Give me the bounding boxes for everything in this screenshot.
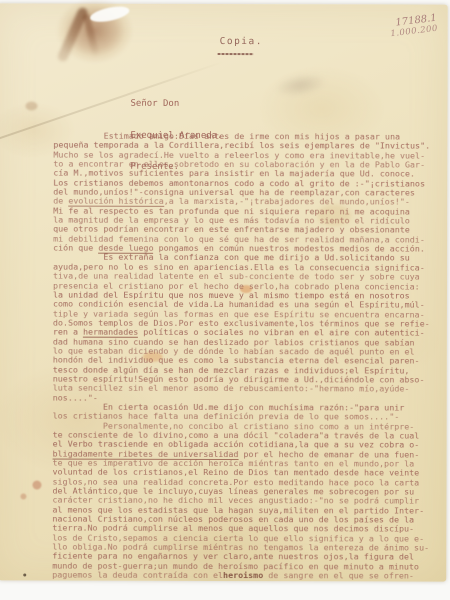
copy-label-underline — [218, 53, 254, 55]
letter-paper: 17188.1 1.000.200 Copia. Señor Don Exequ… — [0, 3, 448, 581]
letter-body: Estimado amigo:Días antes de irme con mi… — [52, 132, 435, 581]
rust-stain — [56, 0, 134, 64]
stain-spot — [20, 493, 26, 499]
scanned-letter-page: 17188.1 1.000.200 Copia. Señor Don Exequ… — [0, 0, 450, 600]
text-segment: paguemos la deuda contraída con el — [52, 570, 223, 580]
stain-spot — [32, 481, 41, 490]
torn-paper-chip — [89, 4, 131, 25]
text-segment: de sangre en el que se ofren- — [263, 570, 414, 580]
stain-spot — [25, 101, 37, 110]
text-segment: luta sencillez sin el menor asomo de reb… — [53, 383, 410, 394]
rust-stain-streak — [83, 13, 100, 57]
letter-line: paguemos la deuda contraída con elherois… — [52, 571, 434, 581]
ink-dot — [23, 573, 26, 576]
recipient-line: Señor Don — [130, 99, 222, 110]
handwritten-annotation: 17188.1 1.000.200 — [389, 14, 439, 40]
dark-text-segment: heroismo — [223, 570, 263, 580]
copy-label: Copia. — [220, 36, 263, 47]
pencil-smudge — [263, 64, 337, 106]
rust-stain-streak — [56, 6, 89, 63]
